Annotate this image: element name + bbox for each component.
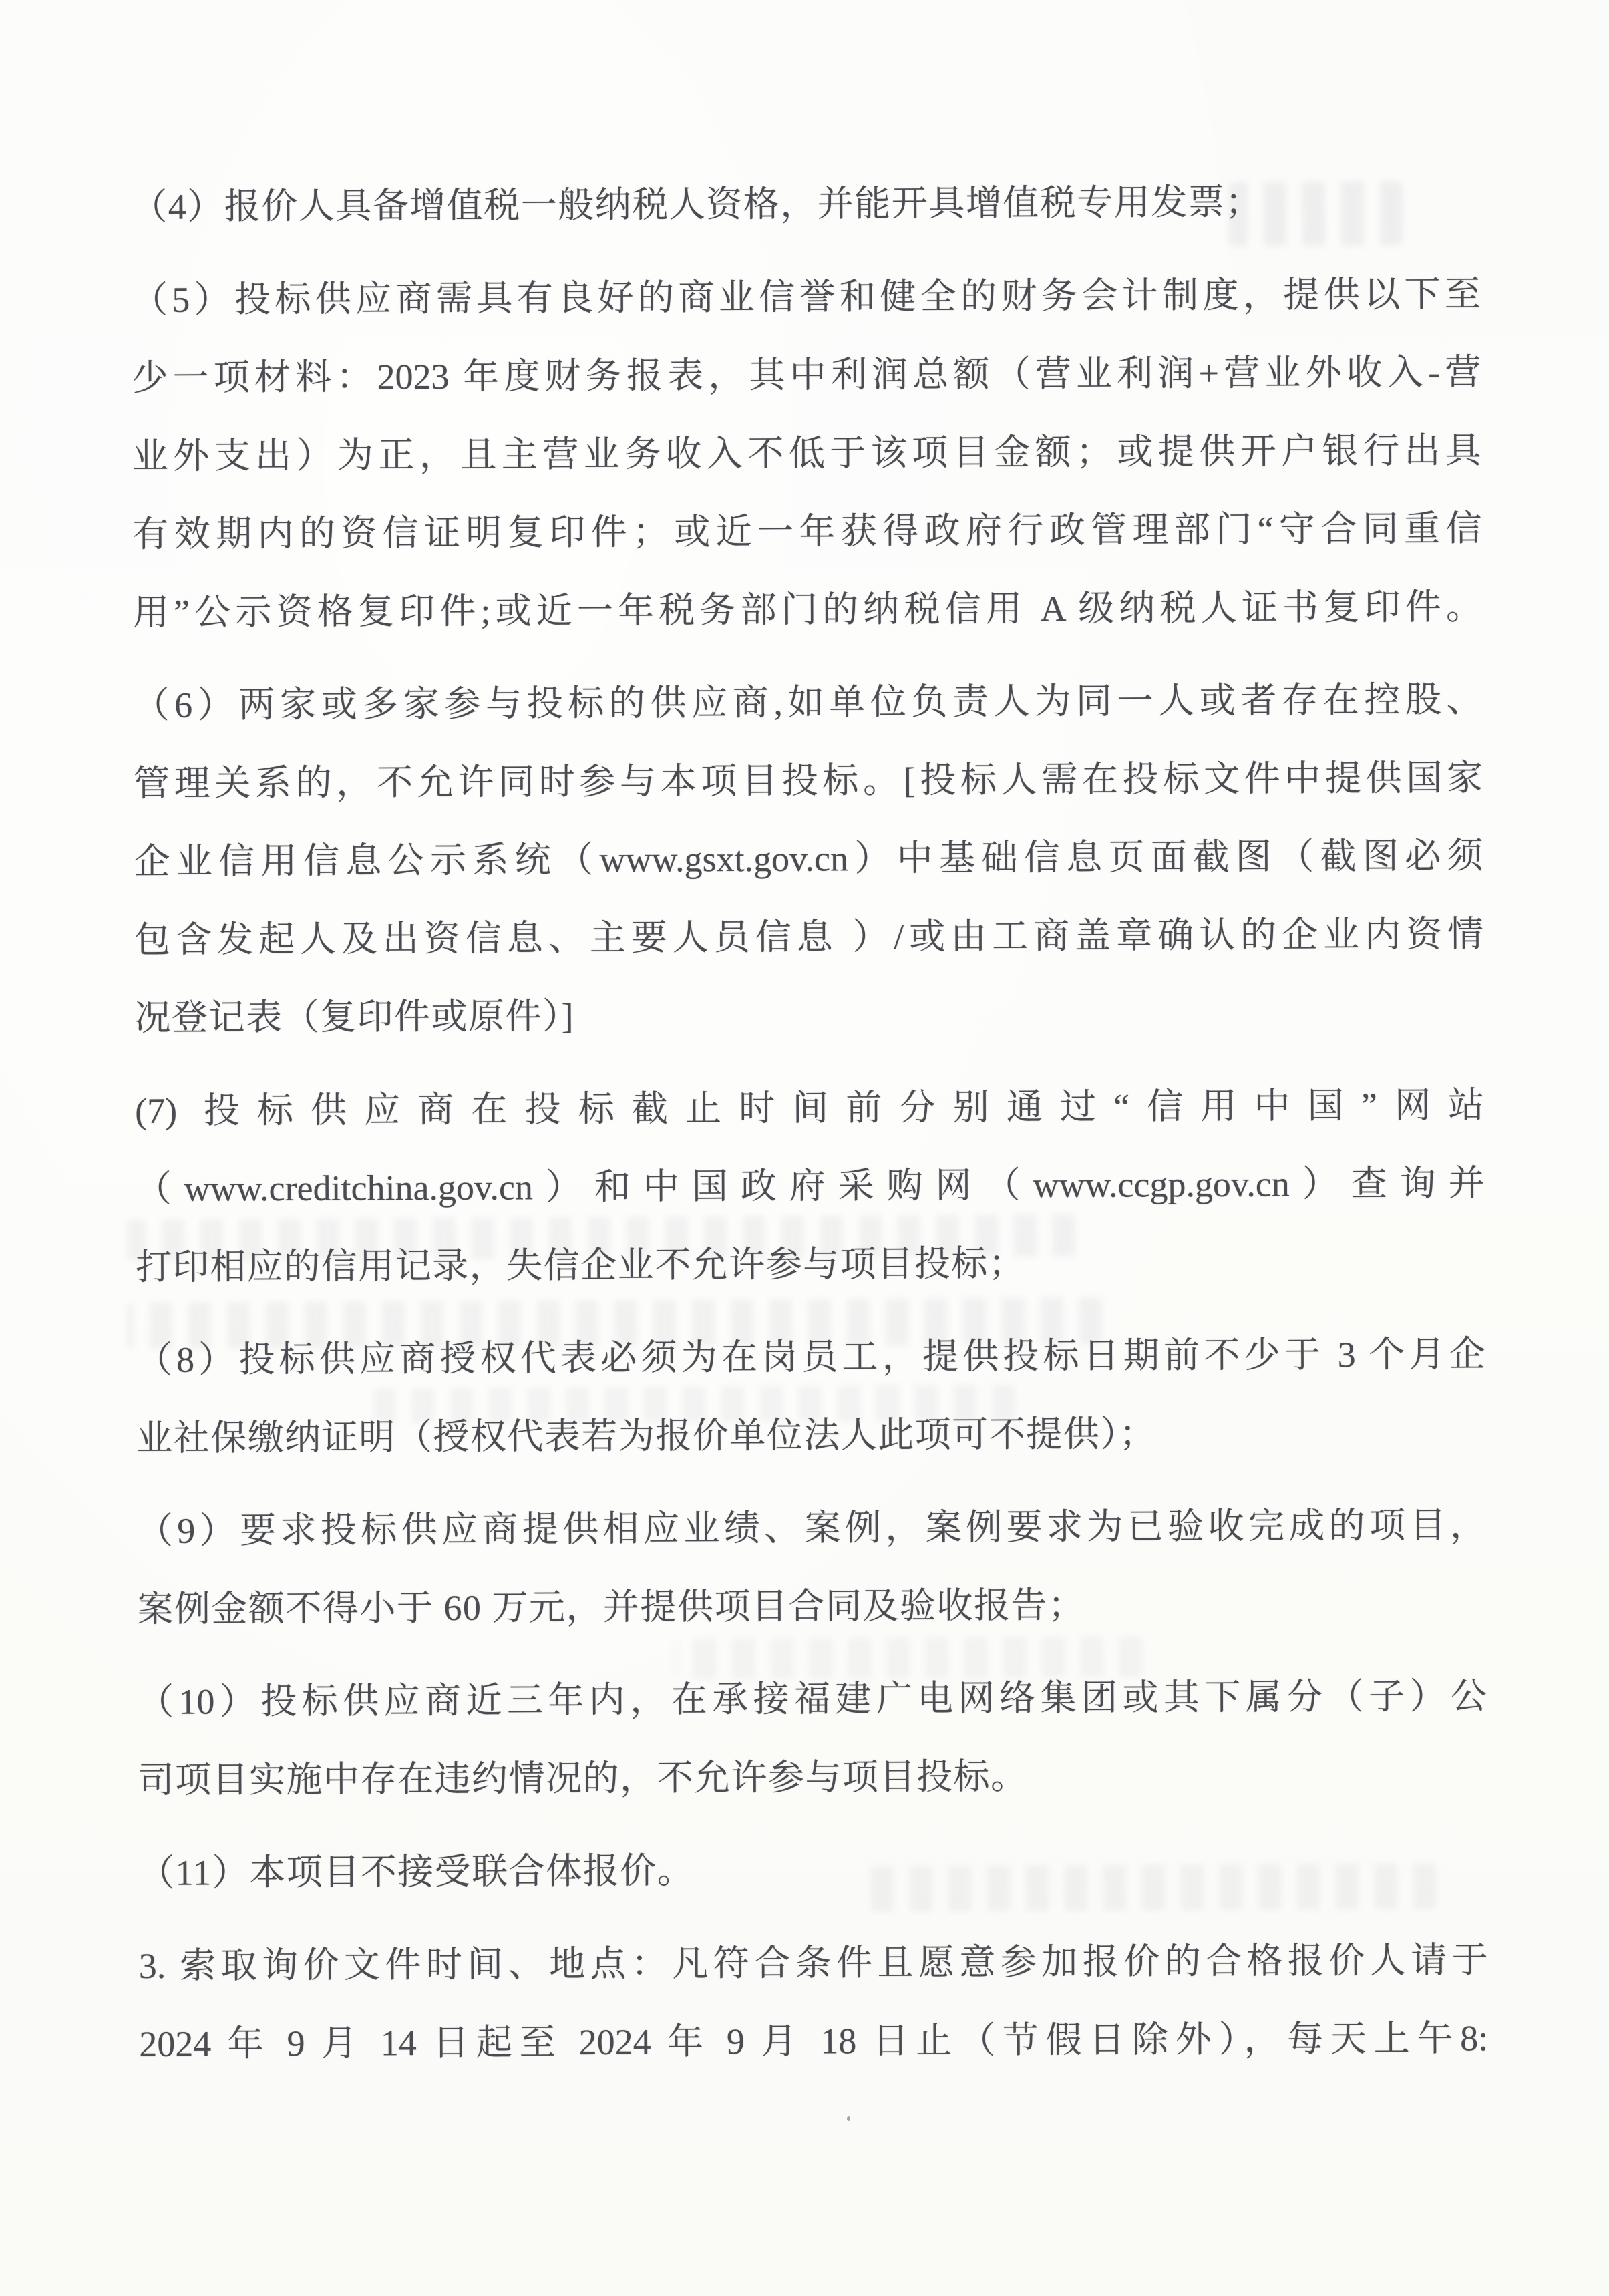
clause-10-line2: 司项目实施中存在违约情况的，不允许参与项目投标。 [138,1736,1487,1820]
scan-speck [847,2116,850,2121]
clause-5-line3: 业外支出）为正，且主营业务收入不低于该项目金额；或提供开户银行出具 [132,412,1481,496]
clause-5-line2: 少一项材料：2023 年度财务报表，其中利润总额（营业利润+营业外收入-营 [132,333,1481,418]
clause-6-line3: 企业信用信息公示系统（www.gsxt.gov.cn）中基础信息页面截图（截图必… [134,817,1483,901]
clause-9-line1: （9）要求投标供应商提供相应业绩、案例，案例要求为已验收完成的项目， [137,1486,1486,1571]
clause-6-line1: （6）两家或多家参与投标的供应商,如单位负责人为同一人或者存在控股、 [133,661,1482,745]
clause-5-line5: 用”公示资格复印件;或近一年税务部门的纳税信用 A 级纳税人证书复印件。 [133,568,1482,652]
document-text: （4）报价人具备增值税一般纳税人资格，并能开具增值税专用发票； （5）投标供应商… [131,162,1488,2084]
clause-8-line2: 业社保缴纳证明（授权代表若为报价单位法人此项可不提供）； [136,1393,1485,1478]
section-3-line1: 3. 索取询价文件时间、地点：凡符合条件且愿意参加报价的合格报价人请于 [138,1921,1487,2005]
document-page: （4）报价人具备增值税一般纳税人资格，并能开具增值税专用发票； （5）投标供应商… [0,0,1609,2296]
clause-10-line1: （10）投标供应商近三年内，在承接福建广电网络集团或其下属分（子）公 [138,1657,1487,1742]
clause-8-line1: （8）投标供应商授权代表必须为在岗员工，提供投标日期前不少于 3 个月企 [136,1315,1485,1400]
clause-7-line2: （www.creditchina.gov.cn）和中国政府采购网（www.ccg… [135,1144,1484,1228]
clause-5-line4: 有效期内的资信证明复印件；或近一年获得政府行政管理部门“守合同重信 [132,490,1481,574]
clause-6-line2: 管理关系的，不允许同时参与本项目投标。[投标人需在投标文件中提供国家 [134,739,1483,823]
clause-5-line1: （5）投标供应商需具有良好的商业信誉和健全的财务会计制度，提供以下至 [132,255,1481,339]
section-3-line2: 2024 年 9 月 14 日起至 2024 年 9 月 18 日止（节假日除外… [139,1999,1488,2084]
clause-7-line1: (7) 投标供应商在投标截止时间前分别通过“信用中国”网站 [135,1066,1484,1150]
clause-7-line3: 打印相应的信用记录，失信企业不允许参与项目投标； [136,1222,1485,1307]
clause-6-line4: 包含发起人及出资信息、主要人员信息 ）/或由工商盖章确认的企业内资情 [134,895,1483,979]
clause-6-line5: 况登记表（复印件或原件）] [134,973,1483,1057]
clause-11: （11）本项目不接受联合体报价。 [138,1828,1487,1913]
clause-9-line2: 案例金额不得小于 60 万元，并提供项目合同及验收报告； [137,1565,1486,1649]
clause-4: （4）报价人具备增值税一般纳税人资格，并能开具增值税专用发票； [131,162,1480,247]
